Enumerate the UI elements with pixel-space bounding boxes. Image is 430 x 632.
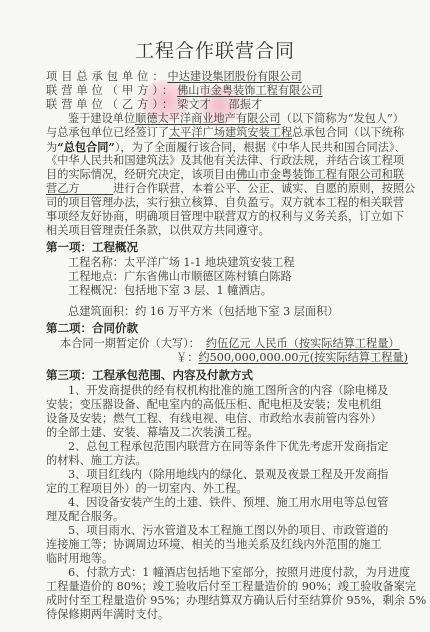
scope-line: 安装；变压器设备、配电室内的高低压柜、配电柜及安装；发电机组: [46, 398, 382, 412]
scope-line: 4、因设备安装产生的土建、铁件、预埋、施工用水用电等总包管: [68, 496, 388, 510]
preamble-line-6: 营乙方 进行合作联营，本着公平、公正、诚实、自愿的原则，按照公: [46, 182, 415, 196]
preamble-text: 与总承包单位已经签订了: [46, 126, 169, 139]
project-name: 工程名称：太平洋广场 1-1 地块建筑安装工程: [68, 256, 295, 270]
scope-line: 的全部土建、安装、幕墙及二次装潢工程。: [46, 426, 259, 440]
joint-venture-party: 佛山市金粤装饰工程有限公司和联: [236, 168, 404, 181]
general-contractor-value: 中达建设集团股份有限公司: [168, 70, 302, 83]
price-number-label: ￥：: [176, 351, 198, 364]
price-words: 约伍亿元 人民币（按实际结算工程量）: [200, 337, 400, 350]
scope-line: 设备及安装；燃气工程、有线电视、电信、市政给水表前管内容外）: [46, 412, 382, 426]
preamble-line-9: 相关项目管理责任条款，以供双方共同遵守。: [46, 224, 270, 238]
scope-line: 3、项目红线内（除用地线内的绿化、景观及夜景工程及开发商指: [68, 468, 388, 482]
scope-line: 1、开发商提供的经有权机构批准的施工图所含的内容（除电梯及: [68, 384, 388, 398]
price-label: 本合同一期暂定价（大写）：: [60, 337, 200, 350]
payment-line: 6、付款方式：1 幢酒店包括地下室部分，按照月进度付款，为月进度: [68, 566, 410, 580]
party-b-label: 联营单位（乙方）：: [46, 98, 177, 111]
general-contract-term: “总包合同”: [57, 140, 115, 154]
price-words-line: 本合同一期暂定价（大写）：约伍亿元 人民币（按实际结算工程量）: [60, 337, 400, 351]
scope-line: 临时用地等。: [46, 552, 113, 566]
scope-line: 连接施工等；协调周边环境、相关的当地关系及红线内外范围的施工: [46, 538, 382, 552]
project-name-ref: 太平洋广场建筑安装工程: [169, 126, 292, 139]
project-overview: 工程概况：包括地下室 3 层、1 幢酒店。: [68, 284, 272, 298]
preamble-line-8: 事项经友好协商，明确项目管理中联营双方的权利与义务关系，订立如下: [46, 210, 404, 224]
payment-line: 工程量造价的 80%；竣工验收后付至工程量造价的 90%；竣工验收备案完: [46, 580, 416, 594]
preamble-text: ），为了全面履行该合同，根据《中华人民共和国合同法》、: [115, 141, 406, 154]
section-3-heading: 第三项：工程承包范围、内容及付款方式: [46, 368, 253, 382]
party-a-line: 联营单位（甲方）：佛山市金粤装饰工程有限公司: [46, 84, 323, 98]
section-1-heading: 第一项：工程概况: [46, 240, 138, 254]
payment-line: 待保修期两年满时支付。: [46, 608, 169, 622]
price-number-line: ￥：约500,000,000.00元(按实际结算工程量): [176, 351, 408, 365]
preamble-line-1: 鉴于建设单位顺德太平洋商业地产有限公司（以下简称为“发包人”）: [68, 112, 404, 126]
preamble-text: 为: [46, 141, 57, 154]
preamble-text: 总承包合同（以下统称: [292, 126, 404, 139]
section-2-heading: 第二项：合同价款: [46, 321, 138, 335]
joint-venture-party-b: 营乙方: [46, 182, 113, 195]
preamble-line-3: 为“总包合同”），为了全面履行该合同，根据《中华人民共和国合同法》、: [46, 140, 406, 155]
preamble-line-7: 司的项目管理办法，实行独立核算、自负盈亏。双方就本工程的相关联营: [46, 196, 404, 210]
client-name: 顺德太平洋商业地产有限公司: [135, 112, 280, 125]
preamble-line-5: 目的实际情况，经研究决定，该项目由佛山市金粤装饰工程有限公司和联: [46, 168, 404, 182]
preamble-text: （以下简称为“发包人”）: [281, 112, 404, 125]
contract-page: 工程合作联营合同 项目总承包单位：中达建设集团股份有限公司 联营单位（甲方）：佛…: [0, 0, 430, 632]
party-a-label: 联营单位（甲方）：: [46, 84, 177, 97]
preamble-line-4: 《中华人民共和国建筑法》及其他有关法律、行政法规，并结合该工程项: [46, 154, 404, 168]
payment-line: 成时付至工程量造价 95%；办理结算双方确认后付至结算价 95%，剩余 5%: [46, 594, 426, 608]
scope-line: 2、总包工程承包范围内联营方在同等条件下优先考虑开发商指定: [68, 440, 388, 454]
party-b-person-2: 邵振才: [229, 98, 263, 111]
total-area: 总建筑面积：约 16 万平方米（包括地下室 3 层面积）: [68, 305, 339, 319]
general-contractor-label: 项目总承包单位：: [46, 70, 168, 83]
project-location: 工程地点：广东省佛山市顺德区陈村镇白陈路: [68, 270, 292, 284]
price-number: 约500,000,000.00元(按实际结算工程量): [198, 351, 408, 364]
party-b-line: 联营单位（乙方）：梁文才邵振才: [46, 98, 262, 112]
preamble-text: 目的实际情况，经研究决定，该项目由: [46, 168, 236, 181]
scope-line: 5、项目雨水、污水管道及本工程施工图以外的项目、市政管道的: [68, 524, 388, 538]
preamble-text: 进行合作联营，本着公平、公正、诚实、自愿的原则，按照公: [113, 182, 415, 195]
party-a-value: 佛山市金粤装饰工程有限公司: [177, 84, 322, 97]
party-b-person-1: 梁文才: [177, 98, 211, 111]
document-title: 工程合作联营合同: [0, 36, 430, 63]
scope-line: 理及配合服务。: [46, 510, 124, 524]
scope-line: 的材料、施工方法。: [46, 454, 147, 468]
preamble-line-2: 与总承包单位已经签订了太平洋广场建筑安装工程总承包合同（以下统称: [46, 126, 404, 140]
general-contractor-line: 项目总承包单位：中达建设集团股份有限公司: [46, 70, 302, 84]
preamble-text: 鉴于建设单位: [68, 112, 135, 125]
scope-line: 定的工程项目外）的一切室内、外工程。: [46, 482, 247, 496]
